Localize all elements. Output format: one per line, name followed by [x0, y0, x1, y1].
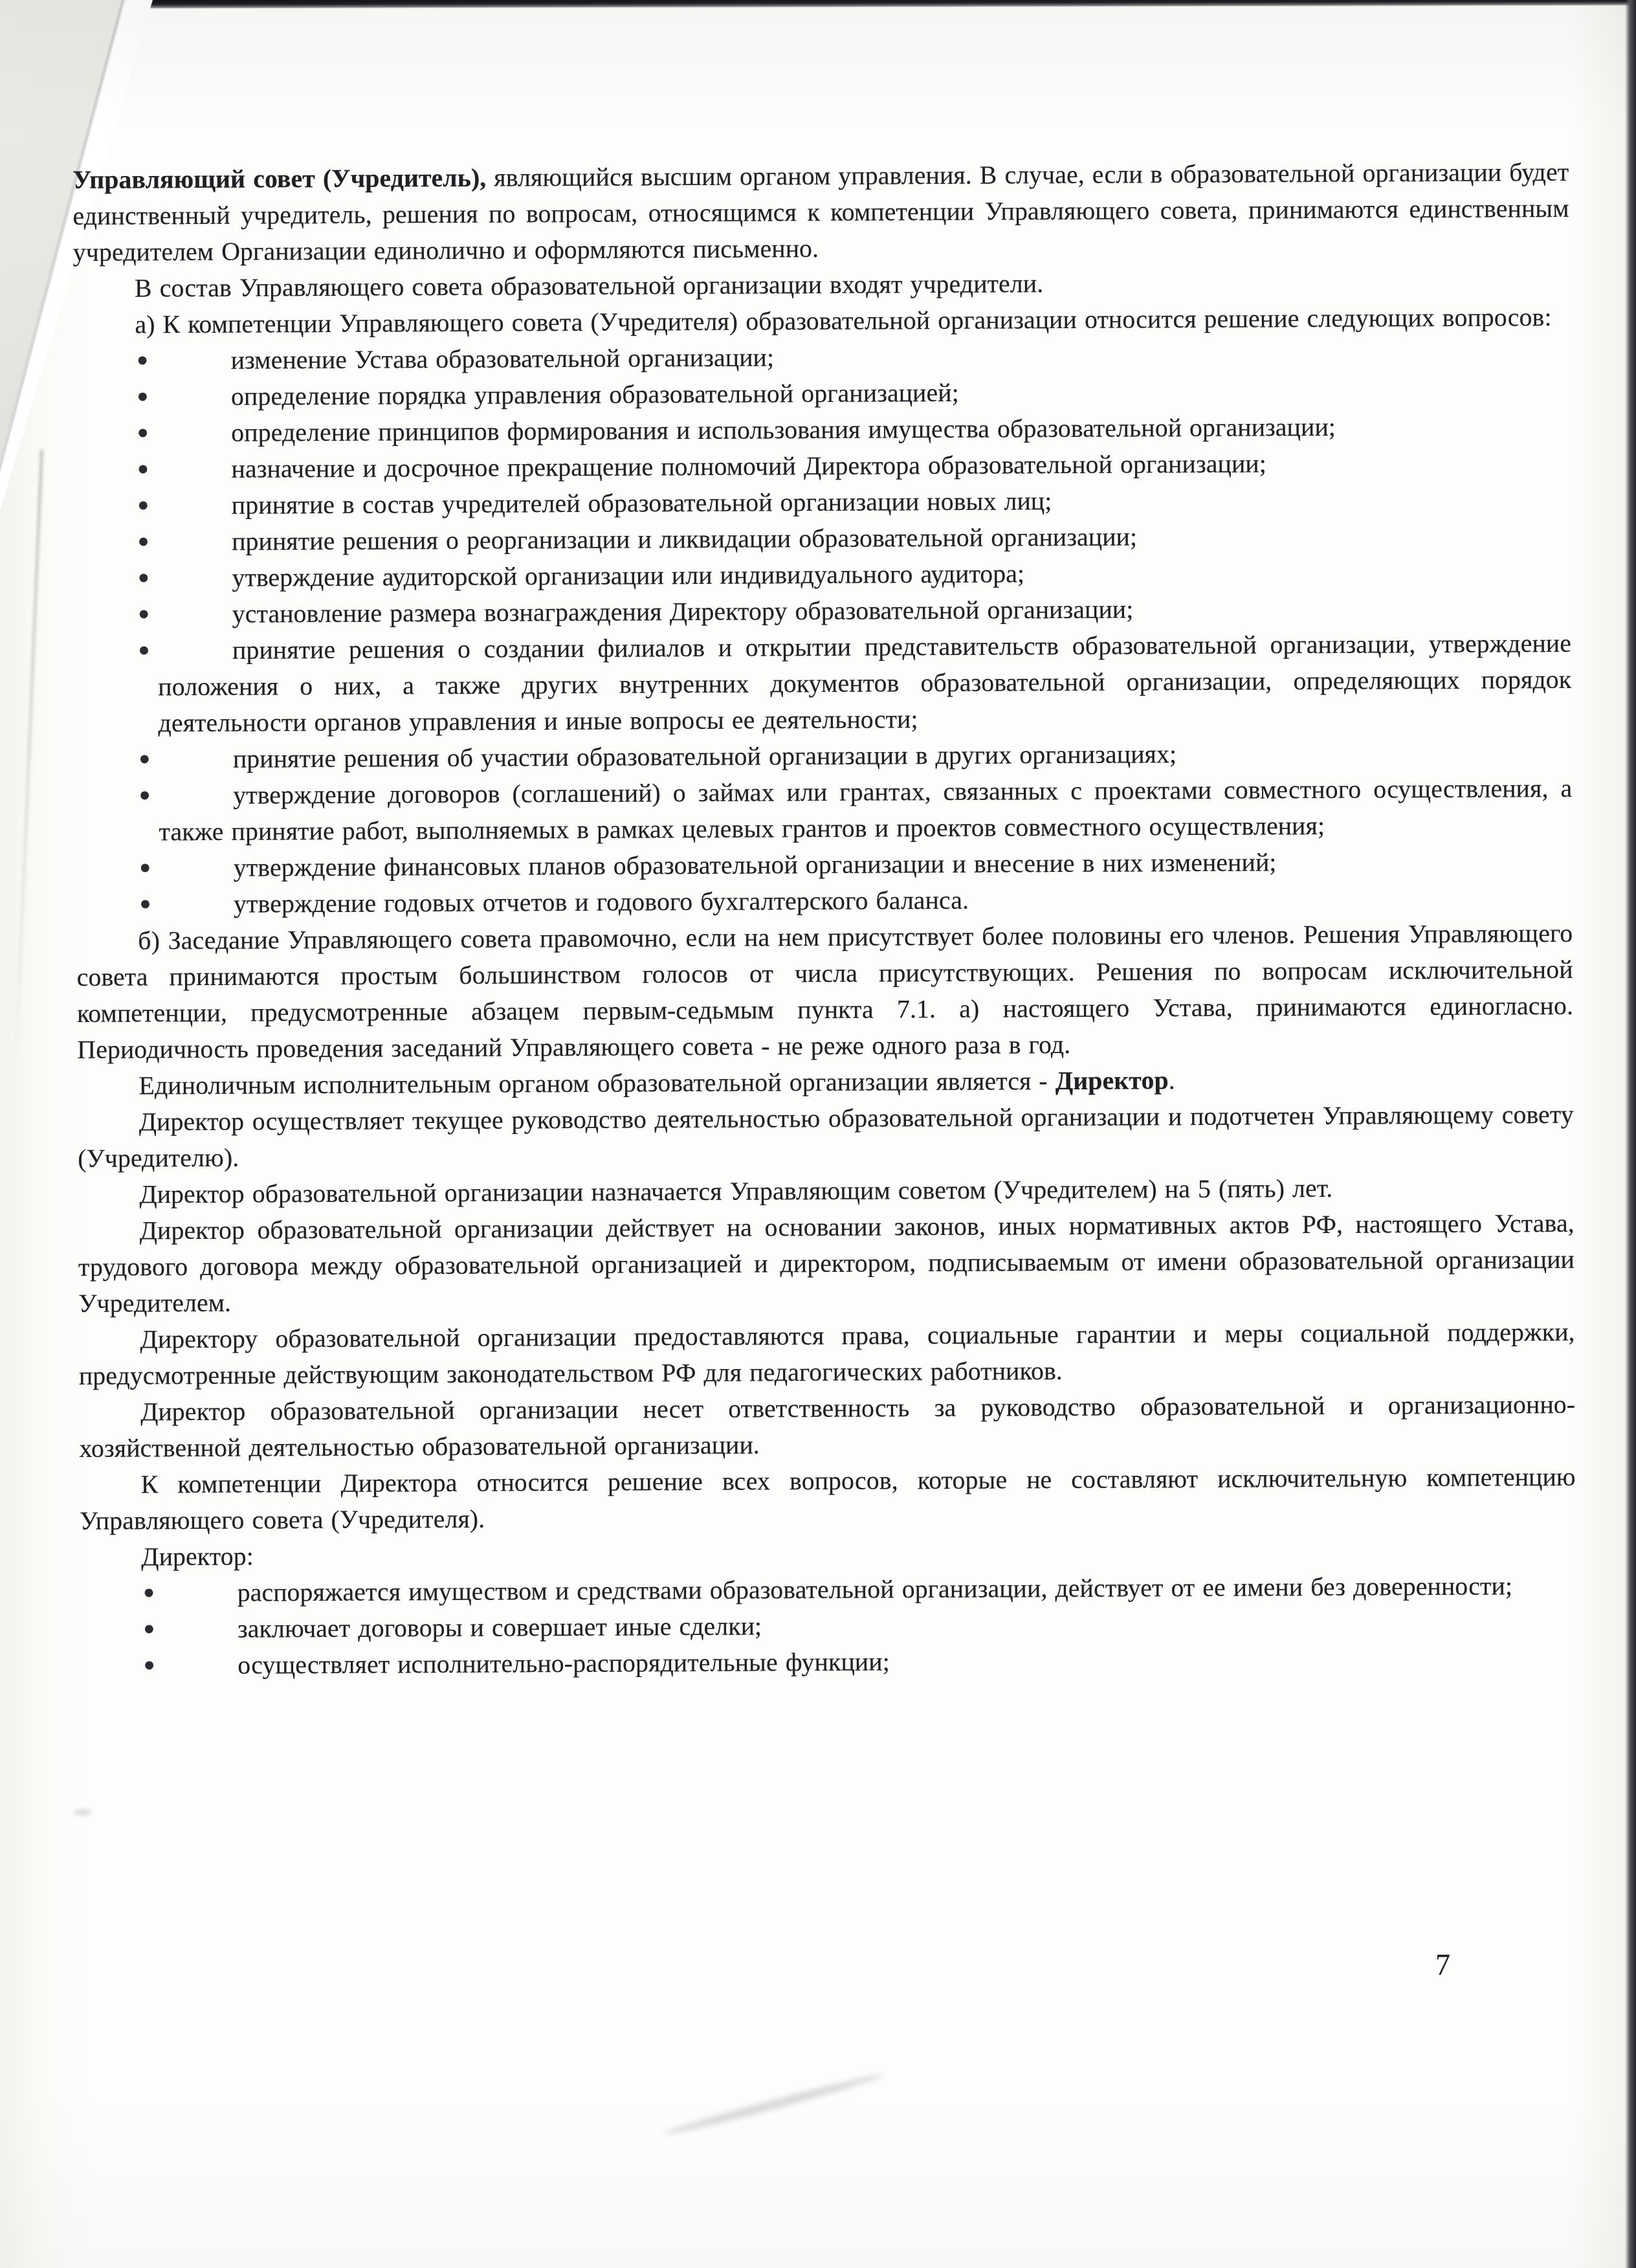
bullet-icon	[139, 537, 148, 546]
list-item: утверждение договоров (соглашений) о зай…	[76, 770, 1573, 850]
bullet-icon	[139, 501, 148, 509]
director-powers-list: распоряжается имуществом и средствами об…	[80, 1568, 1576, 1684]
intro-paragraph-lead: Управляющий совет (Учредитель),	[72, 163, 486, 194]
bullet-icon	[141, 900, 149, 908]
bullet-icon	[145, 1661, 153, 1669]
bullet-icon	[140, 755, 149, 763]
director-paragraph: Директору образовательной организации пр…	[78, 1314, 1575, 1394]
scanner-edge-right	[1625, 0, 1636, 2268]
bullet-icon	[145, 1588, 153, 1597]
scan-smudge	[663, 2071, 883, 2138]
director-paragraph: Директор осуществляет текущее руководств…	[78, 1096, 1575, 1177]
list-item: принятие решения о создании филиалов и о…	[75, 625, 1572, 742]
scan-smudge-small	[74, 1809, 91, 1816]
bullet-icon	[138, 428, 147, 437]
executive-body-title: Директор	[1056, 1065, 1169, 1095]
bullet-icon	[138, 465, 147, 473]
director-paragraph: Директор образовательной организации дей…	[78, 1205, 1575, 1322]
scanned-page: Управляющий совет (Учредитель), являющий…	[0, 0, 1636, 2268]
bullet-icon	[138, 356, 147, 364]
executive-body-text: Единоличным исполнительным органом образ…	[138, 1066, 1055, 1100]
council-competence-list: изменение Устава образовательной организ…	[73, 335, 1573, 923]
page-left-edge-shadow	[15, 450, 43, 1051]
intro-paragraph: Управляющий совет (Учредитель), являющий…	[72, 154, 1569, 271]
scanner-edge-top	[116, 0, 1636, 9]
page-number: 7	[1435, 1947, 1450, 1983]
council-meetings-paragraph: б) Заседание Управляющего совета правомо…	[76, 915, 1573, 1068]
director-paragraph: К компетенции Директора относится решени…	[80, 1459, 1576, 1539]
bullet-icon	[140, 646, 148, 654]
bullet-icon	[140, 791, 149, 799]
bullet-icon	[141, 863, 149, 872]
list-item: осуществляет исполнительно-распорядитель…	[80, 1640, 1576, 1684]
bullet-icon	[140, 610, 148, 618]
document-body: Управляющий совет (Учредитель), являющий…	[72, 154, 1576, 1684]
bullet-icon	[138, 392, 147, 401]
director-paragraph: Директор образовательной организации нес…	[79, 1386, 1576, 1467]
bullet-icon	[145, 1625, 153, 1633]
bullet-icon	[139, 573, 148, 582]
